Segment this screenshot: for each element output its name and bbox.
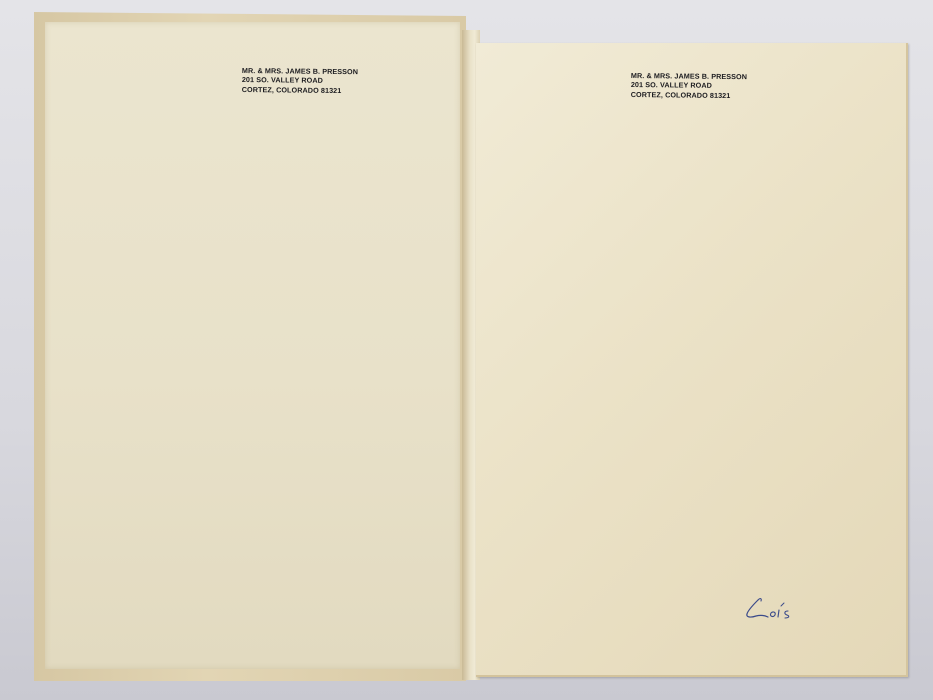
left-paste-down-endpaper bbox=[45, 22, 460, 669]
left-owner-stamp: MR. & MRS. JAMES B. PRESSON 201 SO. VALL… bbox=[242, 66, 358, 95]
right-owner-stamp: MR. & MRS. JAMES B. PRESSON 201 SO. VALL… bbox=[631, 71, 747, 100]
handwritten-signature: Lois bbox=[744, 594, 804, 622]
stamp-city-line: CORTEZ, COLORADO 81321 bbox=[631, 90, 747, 101]
stamp-city-line: CORTEZ, COLORADO 81321 bbox=[242, 85, 358, 96]
right-free-endpaper bbox=[476, 43, 908, 677]
